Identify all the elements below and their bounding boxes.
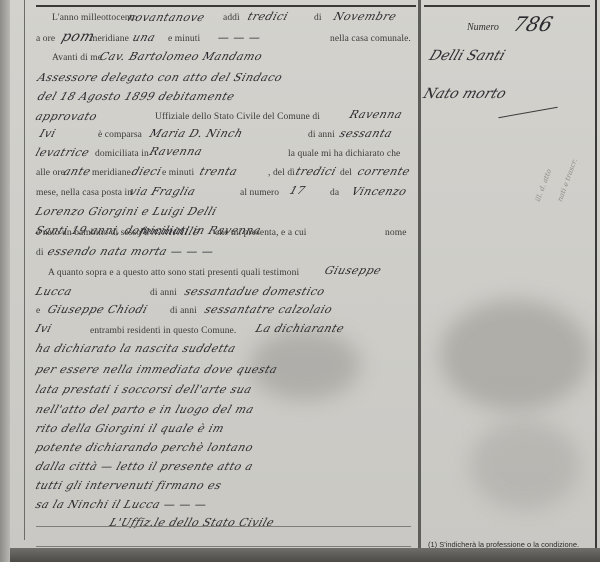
left-margin-rule (24, 0, 25, 540)
printed-text: meridiane (92, 168, 131, 178)
bleed-through-text: nati e trascr. (556, 158, 579, 203)
printed-text: e minuti (168, 34, 200, 44)
handwritten-text: dalla città — letto il presente atto a (34, 460, 255, 473)
printed-text: entrambi residenti in questo Comune. (90, 326, 236, 336)
handwritten-text: Giuseppe Chiodi (46, 303, 150, 316)
handwritten-text: dieci (130, 165, 163, 178)
printed-text: da (330, 188, 339, 198)
top-rule (36, 5, 416, 7)
handwritten-text: sessanta (338, 127, 394, 140)
signature-officer: L'Uffiz.le dello Stato Civile (108, 516, 276, 529)
handwritten-text: 17 (288, 184, 307, 197)
handwritten-text: rito della Giorgini il quale è im (34, 422, 226, 435)
printed-text: A quanto sopra e a questo atto sono stat… (48, 268, 299, 278)
page-bottom-edge (10, 548, 600, 562)
handwritten-text: per essere nella immediata dove questa (34, 363, 279, 376)
right-border (595, 0, 597, 562)
handwritten-text: Maria D. Ninch (148, 127, 245, 140)
handwritten-text: Assessore delegato con atto del Sindaco (36, 71, 284, 84)
handwritten-text: tutti gli intervenuti firmano es (34, 479, 223, 492)
handwritten-text: Cav. Bartolomeo Mandamo (98, 50, 264, 63)
blank-rule (36, 546, 411, 547)
printed-text: Uffiziale dello Stato Civile del Comune … (155, 112, 320, 122)
printed-text: nella casa comunale. (330, 34, 411, 44)
margin-note: Nato morto (421, 86, 508, 102)
printed-text: di (314, 13, 322, 23)
printed-text: domiciliata in (95, 149, 149, 159)
handwritten-text: Giuseppe (323, 264, 383, 277)
column-divider (418, 0, 421, 562)
handwritten-text: lata prestati i soccorsi dell'arte sua (34, 383, 254, 396)
printed-text: che mi presenta, e a cui (215, 228, 307, 238)
numero-label: Numero (467, 22, 499, 33)
handwritten-text: Ivi (34, 322, 54, 335)
printed-text: meridiane (90, 34, 129, 44)
handwritten-text: ha dichiarato la nascita suddetta (34, 342, 238, 355)
printed-text: L'anno milleottocento (52, 13, 137, 23)
handwritten-text: del 18 Agosto 1899 debitamente (36, 90, 237, 103)
handwritten-text: corrente (356, 165, 412, 178)
margin-surname: Delli Santi (427, 48, 507, 64)
handwritten-text: trenta (198, 165, 239, 178)
printed-text: addì (223, 13, 240, 23)
handwritten-text: Ravenna (148, 145, 204, 158)
handwritten-text: Novembre (332, 10, 398, 23)
handwritten-text: Lucca (34, 285, 74, 298)
handwritten-text: sa la Ninchi il Lucca — — — (34, 498, 209, 511)
printed-text: a ore (36, 34, 55, 44)
handwritten-text: La dichiarante (254, 322, 346, 335)
handwritten-text: Lorenzo Giorgini e Luigi Delli (34, 205, 219, 218)
handwritten-text: — — — (216, 31, 263, 44)
printed-text: del (340, 168, 352, 178)
printed-text: è nato un bambino di sesso (36, 228, 141, 238)
printed-text: Avanti di me (52, 53, 102, 63)
handwritten-text: essendo nata morta — — — (46, 245, 216, 258)
handwritten-text: via Fraglia (128, 185, 198, 198)
handwritten-text: novantanove (126, 11, 207, 24)
handwritten-text: Ivi (38, 127, 58, 140)
handwritten-text: approvato (34, 110, 99, 123)
handwritten-text: Ravenna (348, 108, 404, 121)
paper-stain (470, 420, 580, 510)
printed-text: e minuti (162, 168, 194, 178)
printed-text: di anni (150, 288, 177, 298)
top-rule-right (424, 5, 590, 7)
handwritten-text: nell'atto del parto e in luogo del ma (34, 403, 256, 416)
handwritten-text: tredici (294, 165, 338, 178)
printed-text: nome (385, 228, 407, 238)
blank-rule (36, 526, 411, 527)
handwritten-text: Vincenzo (350, 185, 409, 198)
handwritten-text: potente dichiarando perchè lontano (34, 441, 255, 454)
printed-text: di (36, 248, 44, 258)
printed-text: e (36, 306, 40, 316)
paper-stain (440, 300, 590, 410)
printed-text: è comparsa (98, 130, 142, 140)
document-page: Numero 786 Delli Santi Nato morto ill. d… (0, 0, 600, 562)
numero-value: 786 (511, 12, 556, 36)
margin-stroke (498, 107, 557, 118)
handwritten-text: ante (62, 165, 93, 178)
bleed-through-text: ill. d. atto (534, 168, 553, 203)
handwritten-text: sessantadue domestico (183, 285, 327, 298)
printed-text: di anni (308, 130, 335, 140)
book-spine (0, 0, 10, 562)
printed-text: mese, nella casa posta in (36, 188, 132, 198)
printed-text: , del dì (268, 168, 295, 178)
printed-text: alle ore (36, 168, 65, 178)
handwritten-text: femminile (138, 225, 202, 238)
handwritten-text: levatrice (34, 146, 91, 159)
printed-text: la quale mi ha dichiarato che (288, 149, 400, 159)
printed-text: al numero (240, 188, 279, 198)
printed-text: di anni (170, 306, 197, 316)
handwritten-text: tredici (246, 10, 290, 23)
handwritten-text: una (131, 31, 157, 44)
handwritten-text: sessantatre calzolaio (203, 303, 334, 316)
